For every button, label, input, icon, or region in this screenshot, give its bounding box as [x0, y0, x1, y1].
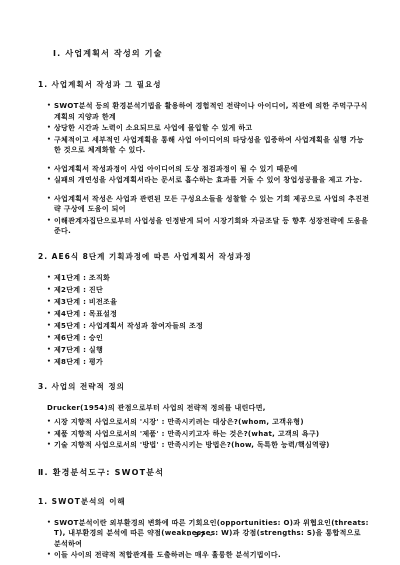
- bullet-item: • 제품 지향적 사업으로서의 '제품' : 만족시키고자 하는 것은?(wha…: [38, 429, 370, 440]
- step-item: • 제4단계 : 목표설정: [38, 309, 370, 320]
- bullet-icon: •: [47, 297, 54, 308]
- step-item: • 제7단계 : 실행: [38, 345, 370, 356]
- bullet-icon: •: [47, 101, 54, 122]
- section-heading: 1. SWOT분석의 이해: [38, 496, 370, 507]
- step-item: • 제1단계 : 조직화: [38, 273, 370, 284]
- bullet-icon: •: [47, 273, 54, 284]
- bullet-group: • 사업계획서 작성은 사업과 관련된 모든 구성요소들을 성찰할 수 있는 기…: [38, 194, 370, 237]
- document-title: Ⅰ. 사업계획서 작성의 기술: [38, 48, 370, 59]
- bullet-item: • 사업계획서 작성은 사업과 관련된 모든 구성요소들을 성찰할 수 있는 기…: [38, 194, 370, 215]
- bullet-text: 구체적이고 세부적인 사업계획을 통해 사업 아이디어의 타당성을 입증하여 사…: [54, 135, 370, 156]
- bullet-text: 사업계획서 작성은 사업과 관련된 모든 구성요소들을 성찰할 수 있는 기회 …: [54, 194, 370, 215]
- bullet-text: 제품 지향적 사업으로서의 '제품' : 만족시키고자 하는 것은?(what,…: [54, 429, 370, 440]
- bullet-text: SWOT분석 등의 환경분석기법을 활용하여 경험적인 전략이나 아이디어, 직…: [54, 101, 370, 122]
- bullet-item: • 구체적이고 세부적인 사업계획을 통해 사업 아이디어의 타당성을 입증하여…: [38, 135, 370, 156]
- bullet-icon: •: [47, 216, 54, 237]
- step-text: 제7단계 : 실행: [54, 345, 370, 356]
- step-item: • 제8단계 : 평가: [38, 357, 370, 368]
- bullet-text: 사업계획서 작성과정이 사업 아이디어의 도상 점검과정이 될 수 있기 때문에: [54, 164, 370, 175]
- bullet-item: • 기술 지향적 사업으로서의 '방법' : 만족시키는 방법은?(how, 독…: [38, 440, 370, 451]
- bullet-icon: •: [47, 429, 54, 440]
- bullet-icon: •: [47, 333, 54, 344]
- bullet-icon: •: [47, 123, 54, 134]
- step-text: 제2단계 : 진단: [54, 285, 370, 296]
- step-text: 제5단계 : 사업계획서 작성과 참여자들의 조정: [54, 321, 370, 332]
- step-text: 제3단계 : 비전조율: [54, 297, 370, 308]
- bullet-icon: •: [47, 550, 54, 561]
- section-swot-understanding: 1. SWOT분석의 이해 • SWOT분석이란 외부환경의 변화에 따른 기회…: [38, 496, 370, 561]
- bullet-text: 시장 지향적 사업으로서의 '시장' : 만족시키려는 대상은?(whom, 고…: [54, 417, 370, 428]
- step-item: • 제6단계 : 승인: [38, 333, 370, 344]
- bullet-group: • SWOT분석 등의 환경분석기법을 활용하여 경험적인 전략이나 아이디어,…: [38, 101, 370, 156]
- step-item: • 제5단계 : 사업계획서 작성과 참여자들의 조정: [38, 321, 370, 332]
- bullet-icon: •: [47, 135, 54, 156]
- step-item: • 제2단계 : 진단: [38, 285, 370, 296]
- intro-text: Drucker(1954)의 관점으로부터 사업의 전략적 정의를 내린다면,: [38, 403, 370, 414]
- section-heading: 3. 사업의 전략적 정의: [38, 381, 370, 392]
- bullet-text: 상당한 시간과 노력이 소요되므로 사업에 몰입할 수 있게 하고: [54, 123, 370, 134]
- section-heading: 2. AE6식 8단계 기획과정에 따른 사업계획서 작성과정: [38, 251, 370, 262]
- bullet-item: • 이해관계자집단으로부터 사업성을 인정받게 되어 시장기회와 자금조달 등 …: [38, 216, 370, 237]
- bullet-item: • SWOT분석 등의 환경분석기법을 활용하여 경험적인 전략이나 아이디어,…: [38, 101, 370, 122]
- bullet-item: • 사업계획서 작성과정이 사업 아이디어의 도상 점검과정이 될 수 있기 때…: [38, 164, 370, 175]
- bullet-icon: •: [47, 357, 54, 368]
- bullet-icon: •: [47, 309, 54, 320]
- step-text: 제1단계 : 조직화: [54, 273, 370, 284]
- section-heading: 1. 사업계획서 작성과 그 필요성: [38, 79, 370, 90]
- step-text: 제6단계 : 승인: [54, 333, 370, 344]
- section-strategic-definition: 3. 사업의 전략적 정의 Drucker(1954)의 관점으로부터 사업의 …: [38, 381, 370, 451]
- bullet-item: • 실패의 개연성을 사업계획서라는 문서로 흡수하는 효과를 거둘 수 있어 …: [38, 175, 370, 186]
- step-text: 제4단계 : 목표설정: [54, 309, 370, 320]
- bullet-icon: •: [47, 417, 54, 428]
- part2-title: Ⅱ. 환경분석도구: SWOT분석: [38, 467, 370, 478]
- bullet-group: • 사업계획서 작성과정이 사업 아이디어의 도상 점검과정이 될 수 있기 때…: [38, 164, 370, 186]
- bullet-text: 실패의 개연성을 사업계획서라는 문서로 흡수하는 효과를 거둘 수 있어 창업…: [54, 175, 370, 186]
- document-page: Ⅰ. 사업계획서 작성의 기술 1. 사업계획서 작성과 그 필요성 • SWO…: [0, 0, 400, 565]
- bullet-text: 기술 지향적 사업으로서의 '방법' : 만족시키는 방법은?(how, 독특한…: [54, 440, 370, 451]
- bullet-icon: •: [47, 345, 54, 356]
- bullet-text: 이들 사이의 전략적 적합관계를 도출하려는 매우 훌륭한 분석기법이다.: [54, 550, 370, 561]
- page-number: - 37 -: [0, 531, 400, 539]
- bullet-icon: •: [47, 164, 54, 175]
- bullet-item: • 시장 지향적 사업으로서의 '시장' : 만족시키려는 대상은?(whom,…: [38, 417, 370, 428]
- bullet-text: 이해관계자집단으로부터 사업성을 인정받게 되어 시장기회와 자금조달 등 향후…: [54, 216, 370, 237]
- bullet-group: • SWOT분석이란 외부환경의 변화에 따른 기회요인(opportuniti…: [38, 518, 370, 561]
- bullet-item: • 상당한 시간과 노력이 소요되므로 사업에 몰입할 수 있게 하고: [38, 123, 370, 134]
- bullet-icon: •: [47, 285, 54, 296]
- steps-list: • 제1단계 : 조직화 • 제2단계 : 진단 • 제3단계 : 비전조율 •…: [38, 273, 370, 368]
- bullet-icon: •: [47, 175, 54, 186]
- bullet-icon: •: [47, 321, 54, 332]
- step-text: 제8단계 : 평가: [54, 357, 370, 368]
- bullet-icon: •: [47, 194, 54, 215]
- step-item: • 제3단계 : 비전조율: [38, 297, 370, 308]
- bullet-item: • 이들 사이의 전략적 적합관계를 도출하려는 매우 훌륭한 분석기법이다.: [38, 550, 370, 561]
- bullet-icon: •: [47, 440, 54, 451]
- section-necessity: 1. 사업계획서 작성과 그 필요성 • SWOT분석 등의 환경분석기법을 활…: [38, 79, 370, 237]
- section-planning-steps: 2. AE6식 8단계 기획과정에 따른 사업계획서 작성과정 • 제1단계 :…: [38, 251, 370, 368]
- bullet-group: • 시장 지향적 사업으로서의 '시장' : 만족시키려는 대상은?(whom,…: [38, 417, 370, 451]
